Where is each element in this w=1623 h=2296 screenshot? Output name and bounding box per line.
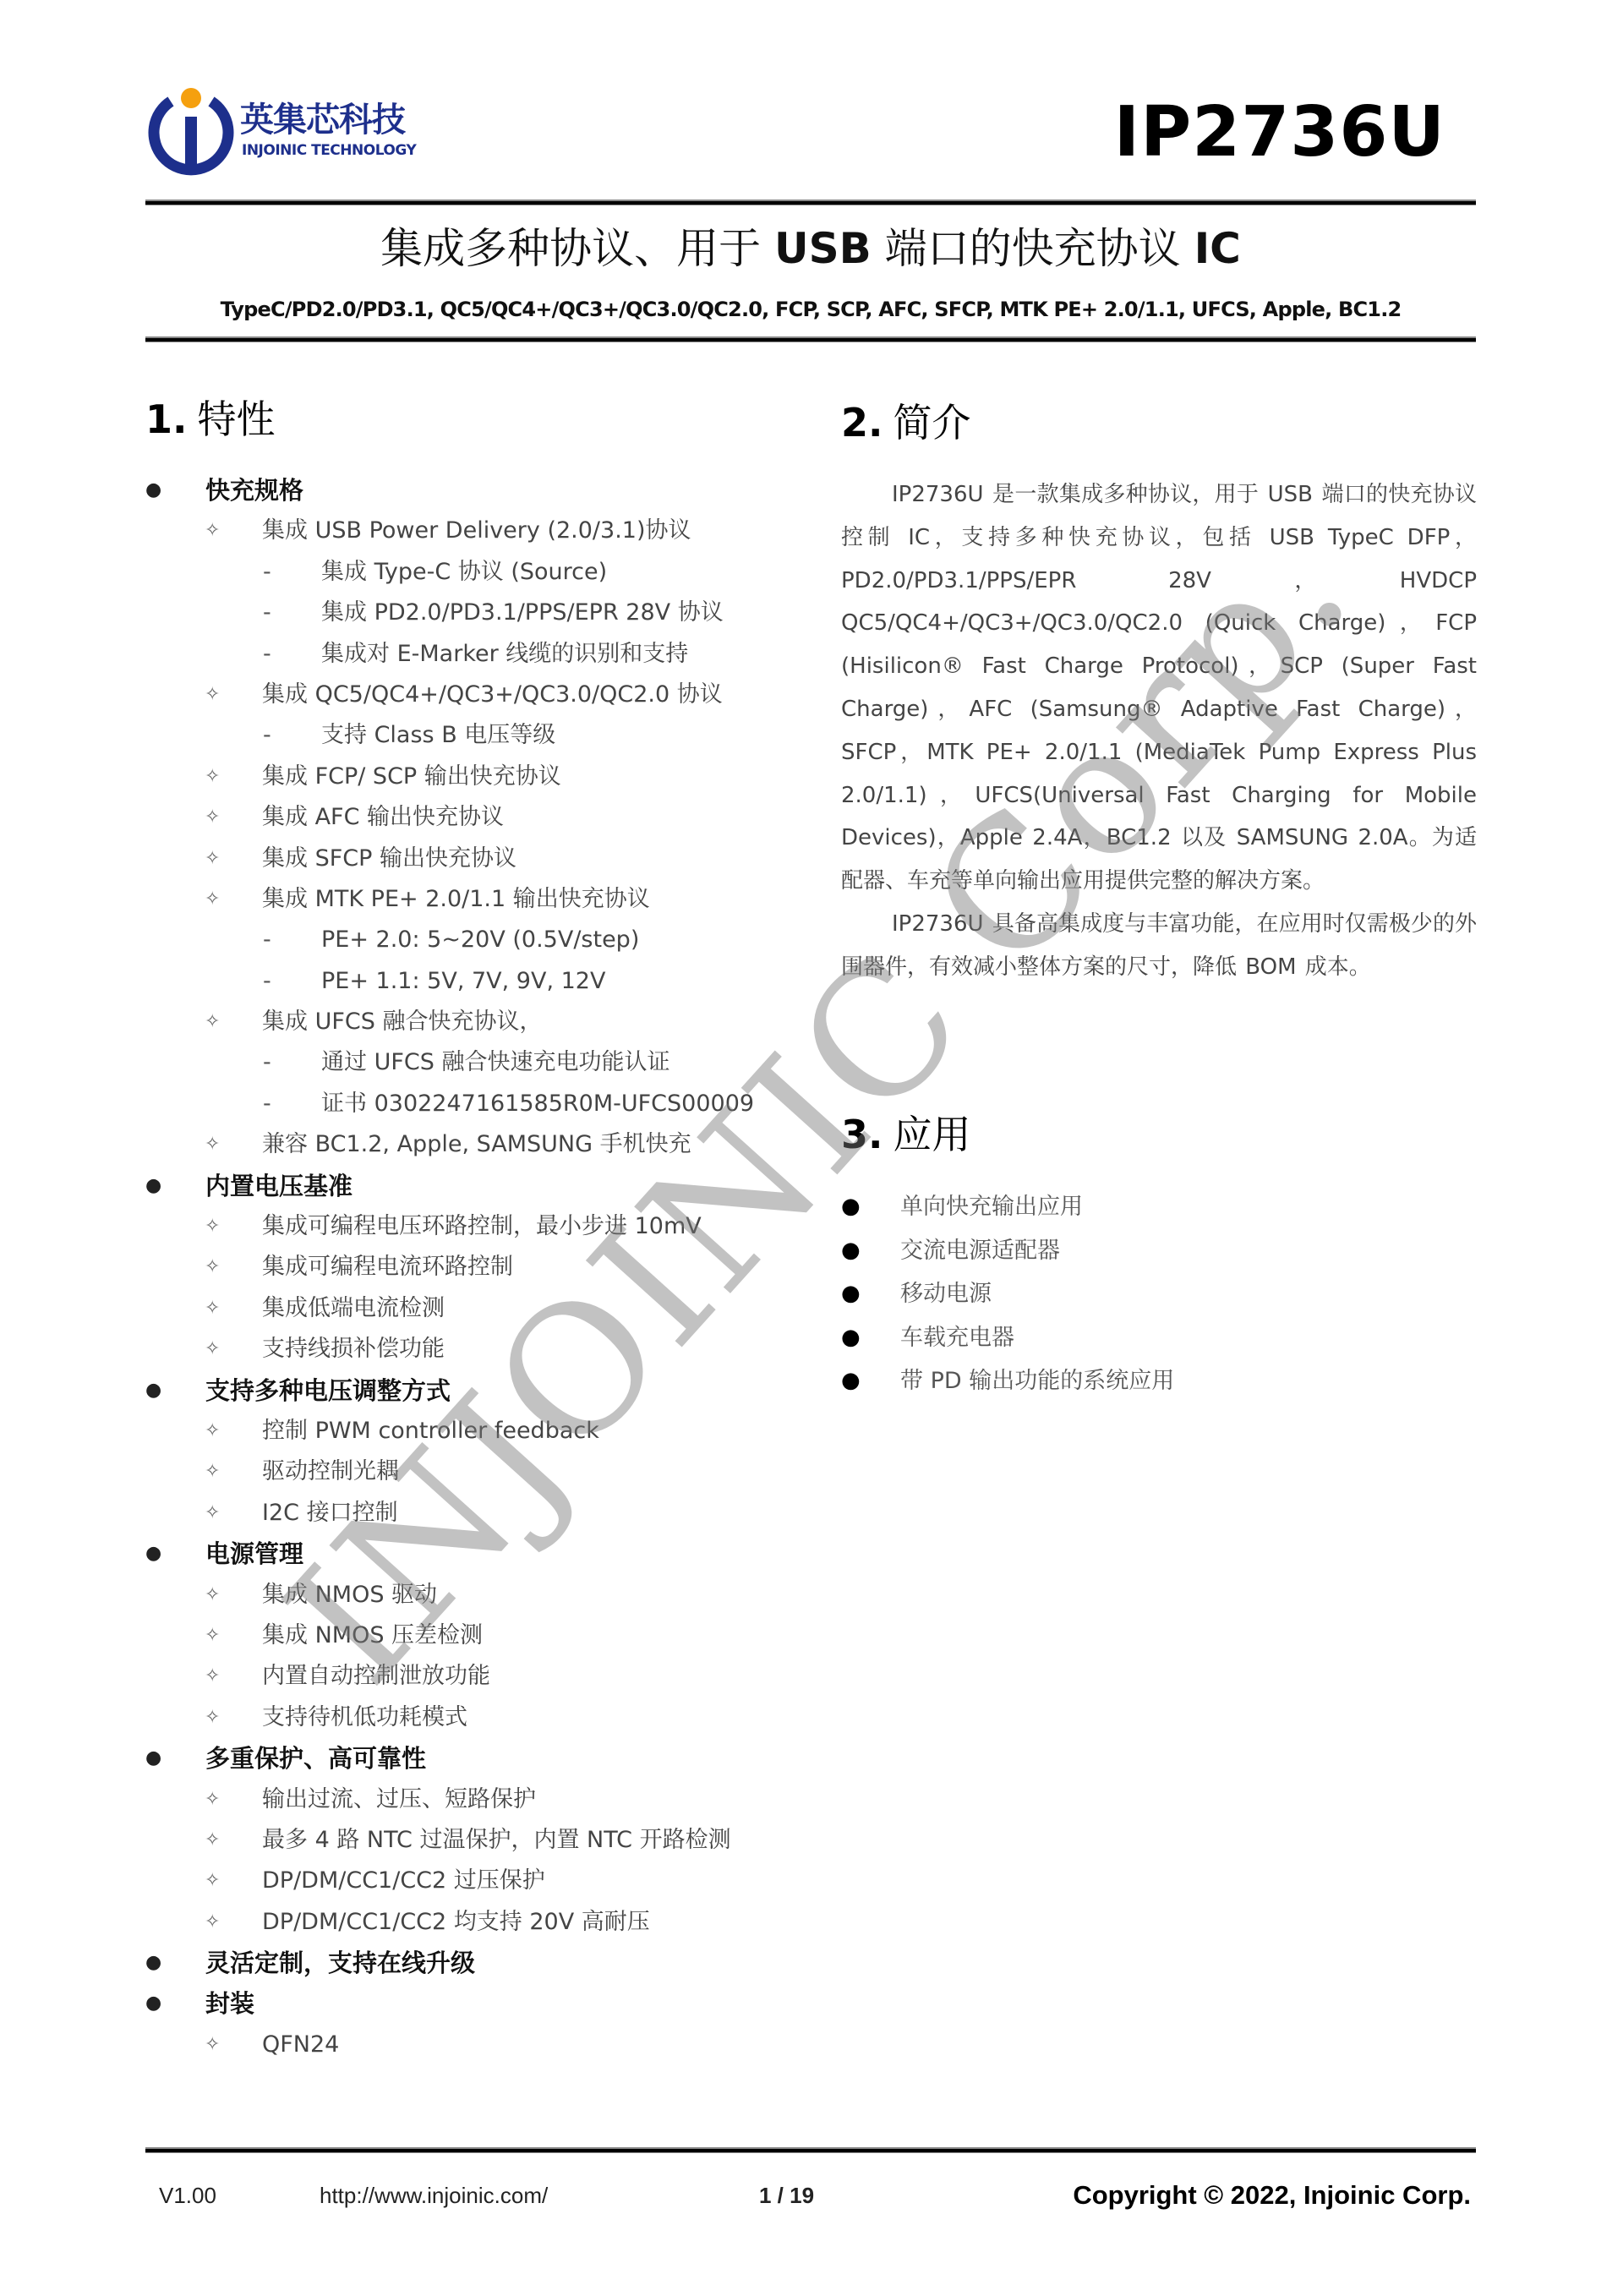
title-prefix: 集成多种协议、用于 xyxy=(380,224,774,273)
feature-group: ●封装 xyxy=(145,1983,822,2024)
title-usb: USB xyxy=(774,224,872,273)
feature-group: ●电源管理 xyxy=(145,1533,822,1574)
feature-item: ✧QFN24 xyxy=(145,2025,822,2065)
dash-bullet-icon: - xyxy=(263,961,271,1002)
bullet-icon: ● xyxy=(841,1185,861,1229)
list-item: ●移动电源 xyxy=(841,1272,1477,1316)
bullet-icon: ● xyxy=(145,1983,161,2024)
feature-item: ✧内置自动控制泄放功能 xyxy=(145,1656,822,1697)
diamond-bullet-icon: ✧ xyxy=(205,1575,220,1615)
feature-text: 电源管理 xyxy=(205,1539,303,1568)
company-logo: 英集芯科技 INJOINIC TECHNOLOGY xyxy=(145,83,467,176)
feature-item: ✧DP/DM/CC1/CC2 过压保护 xyxy=(145,1861,822,1901)
bullet-icon: ● xyxy=(841,1272,861,1316)
intro-paragraph: IP2736U 具备高集成度与丰富功能，在应用时仅需极少的外围器件，有效减小整体… xyxy=(841,903,1477,989)
injoinic-logo-icon xyxy=(145,83,237,176)
feature-subitem: -支持 Class B 电压等级 xyxy=(145,715,822,756)
footer-version: V1.00 xyxy=(159,2181,216,2210)
feature-item: ✧集成 USB Power Delivery (2.0/3.1)协议 xyxy=(145,511,822,551)
diamond-bullet-icon: ✧ xyxy=(205,1902,220,1943)
feature-item: ✧控制 PWM controller feedback xyxy=(145,1411,822,1451)
feature-group: ●多重保护、高可靠性 xyxy=(145,1738,822,1779)
list-item: ●交流电源适配器 xyxy=(841,1229,1477,1273)
feature-text: 集成 SFCP 输出快充协议 xyxy=(262,845,516,872)
section-number: 1. xyxy=(145,396,187,442)
feature-text: 集成 USB Power Delivery (2.0/3.1)协议 xyxy=(262,517,691,544)
intro-paragraph: IP2736U 是一款集成多种协议，用于 USB 端口的快充协议控制 IC，支持… xyxy=(841,473,1477,903)
feature-text: 集成 UFCS 融合快充协议， xyxy=(262,1009,542,1035)
feature-item: ✧最多 4 路 NTC 过温保护，内置 NTC 开路检测 xyxy=(145,1820,822,1861)
feature-item: ✧集成 NMOS 压差检测 xyxy=(145,1615,822,1656)
diamond-bullet-icon: ✧ xyxy=(205,1124,220,1165)
diamond-bullet-icon: ✧ xyxy=(205,1451,220,1492)
feature-text: 多重保护、高可靠性 xyxy=(205,1744,426,1773)
logo-english-name: INJOINIC TECHNOLOGY xyxy=(242,142,416,159)
diamond-bullet-icon: ✧ xyxy=(205,1861,220,1901)
feature-text: 集成 MTK PE+ 2.0/1.1 输出快充协议 xyxy=(262,886,650,912)
diamond-bullet-icon: ✧ xyxy=(205,839,220,879)
feature-text: PE+ 1.1: 5V, 7V, 9V, 12V xyxy=(321,968,605,994)
bullet-icon: ● xyxy=(145,1370,161,1411)
list-item: ●单向快充输出应用 xyxy=(841,1185,1477,1229)
bullet-icon: ● xyxy=(145,1943,161,1983)
feature-text: 快充规格 xyxy=(205,476,303,505)
diamond-bullet-icon: ✧ xyxy=(205,1656,220,1697)
protocol-list: TypeC/PD2.0/PD3.1, QC5/QC4+/QC3+/QC3.0/Q… xyxy=(145,296,1476,323)
feature-text: I2C 接口控制 xyxy=(262,1500,398,1526)
diamond-bullet-icon: ✧ xyxy=(205,1697,220,1738)
diamond-bullet-icon: ✧ xyxy=(205,797,220,838)
dash-bullet-icon: - xyxy=(263,634,271,675)
feature-text: 集成 Type-C 协议 (Source) xyxy=(321,559,607,585)
feature-group: ●快充规格 xyxy=(145,470,822,511)
footer-copyright: Copyright © 2022, Injoinic Corp. xyxy=(1073,2181,1471,2210)
feature-subitem: -证书 0302247161585R0M-UFCS00009 xyxy=(145,1084,822,1124)
title-ic: IC xyxy=(1194,224,1241,273)
feature-text: 集成 FCP/ SCP 输出快充协议 xyxy=(262,763,561,790)
feature-item: ✧集成 AFC 输出快充协议 xyxy=(145,797,822,838)
header-rule-top xyxy=(145,200,1476,205)
feature-text: 驱动控制光耦 xyxy=(262,1458,399,1484)
feature-text: PE+ 2.0: 5~20V (0.5V/step) xyxy=(321,927,639,953)
feature-text: 集成 NMOS 驱动 xyxy=(262,1582,437,1608)
diamond-bullet-icon: ✧ xyxy=(205,1820,220,1861)
logo-chinese-name: 英集芯科技 xyxy=(240,101,405,139)
feature-subitem: -集成 Type-C 协议 (Source) xyxy=(145,552,822,593)
feature-subitem: -集成对 E-Marker 线缆的识别和支持 xyxy=(145,634,822,675)
diamond-bullet-icon: ✧ xyxy=(205,757,220,797)
feature-text: 集成低端电流检测 xyxy=(262,1295,445,1321)
feature-subitem: -集成 PD2.0/PD3.1/PPS/EPR 28V 协议 xyxy=(145,593,822,633)
feature-item: ✧集成可编程电流环路控制 xyxy=(145,1247,822,1287)
document-title: 集成多种协议、用于 USB 端口的快充协议 IC xyxy=(145,221,1476,276)
section-title: 简介 xyxy=(893,400,970,446)
feature-text: DP/DM/CC1/CC2 过压保护 xyxy=(262,1867,545,1894)
list-item: ●车载充电器 xyxy=(841,1316,1477,1360)
feature-text: QFN24 xyxy=(262,2031,339,2058)
applications-list: ●单向快充输出应用 ●交流电源适配器 ●移动电源 ●车载充电器 ●带 PD 输出… xyxy=(841,1185,1477,1403)
feature-item: ✧DP/DM/CC1/CC2 均支持 20V 高耐压 xyxy=(145,1902,822,1943)
feature-text: 集成对 E-Marker 线缆的识别和支持 xyxy=(321,641,688,667)
feature-group: ●支持多种电压调整方式 xyxy=(145,1370,822,1411)
bullet-icon: ● xyxy=(841,1229,861,1273)
bullet-icon: ● xyxy=(145,470,161,511)
feature-group: ●内置电压基准 xyxy=(145,1166,822,1206)
feature-text: 最多 4 路 NTC 过温保护，内置 NTC 开路检测 xyxy=(262,1827,731,1853)
dash-bullet-icon: - xyxy=(263,552,271,593)
feature-item: ✧集成 QC5/QC4+/QC3+/QC3.0/QC2.0 协议 xyxy=(145,675,822,715)
feature-group: ●灵活定制，支持在线升级 xyxy=(145,1943,822,1983)
feature-text: 灵活定制，支持在线升级 xyxy=(205,1949,475,1977)
feature-text: 集成 AFC 输出快充协议 xyxy=(262,804,504,830)
feature-text: 集成 NMOS 压差检测 xyxy=(262,1622,483,1648)
dash-bullet-icon: - xyxy=(263,715,271,756)
dash-bullet-icon: - xyxy=(263,593,271,633)
bullet-icon: ● xyxy=(145,1738,161,1779)
header-rule-bottom xyxy=(145,336,1476,342)
section-title: 应用 xyxy=(893,1112,970,1157)
feature-text: 支持线损补偿功能 xyxy=(262,1336,445,1362)
diamond-bullet-icon: ✧ xyxy=(205,879,220,920)
feature-item: ✧集成 SFCP 输出快充协议 xyxy=(145,839,822,879)
feature-text: 兼容 BC1.2, Apple, SAMSUNG 手机快充 xyxy=(262,1131,691,1157)
feature-text: 证书 0302247161585R0M-UFCS00009 xyxy=(321,1091,754,1117)
feature-text: 集成 PD2.0/PD3.1/PPS/EPR 28V 协议 xyxy=(321,599,724,626)
diamond-bullet-icon: ✧ xyxy=(205,511,220,551)
section-applications-heading: 3.应用 xyxy=(841,1109,970,1160)
feature-item: ✧集成低端电流检测 xyxy=(145,1288,822,1329)
feature-subitem: -PE+ 1.1: 5V, 7V, 9V, 12V xyxy=(145,961,822,1002)
bullet-icon: ● xyxy=(145,1533,161,1574)
diamond-bullet-icon: ✧ xyxy=(205,1411,220,1451)
list-item: ●带 PD 输出功能的系统应用 xyxy=(841,1359,1477,1403)
features-list: ●快充规格✧集成 USB Power Delivery (2.0/3.1)协议-… xyxy=(145,470,822,2065)
feature-item: ✧集成 FCP/ SCP 输出快充协议 xyxy=(145,757,822,797)
product-model: IP2736U xyxy=(1114,95,1445,171)
section-title: 特性 xyxy=(197,396,275,442)
feature-text: 内置自动控制泄放功能 xyxy=(262,1663,490,1689)
feature-item: ✧集成可编程电压环路控制，最小步进 10mV xyxy=(145,1206,822,1247)
feature-text: 封装 xyxy=(205,1989,254,2018)
feature-item: ✧支持待机低功耗模式 xyxy=(145,1697,822,1738)
feature-text: 集成可编程电压环路控制，最小步进 10mV xyxy=(262,1213,702,1239)
diamond-bullet-icon: ✧ xyxy=(205,1002,220,1042)
footer-rule xyxy=(145,2147,1476,2153)
title-mid: 端口的快充协议 xyxy=(872,224,1194,273)
section-number: 3. xyxy=(841,1112,883,1157)
feature-text: 支持 Class B 电压等级 xyxy=(321,722,555,748)
feature-text: 通过 UFCS 融合快速充电功能认证 xyxy=(321,1049,669,1075)
feature-text: 控制 PWM controller feedback xyxy=(262,1418,599,1444)
feature-item: ✧兼容 BC1.2, Apple, SAMSUNG 手机快充 xyxy=(145,1124,822,1165)
feature-text: 输出过流、过压、短路保护 xyxy=(262,1786,536,1812)
bullet-icon: ● xyxy=(841,1316,861,1360)
diamond-bullet-icon: ✧ xyxy=(205,1615,220,1656)
feature-item: ✧集成 NMOS 驱动 xyxy=(145,1575,822,1615)
footer-page-number: 1 / 19 xyxy=(759,2181,814,2210)
feature-item: ✧集成 MTK PE+ 2.0/1.1 输出快充协议 xyxy=(145,879,822,920)
dash-bullet-icon: - xyxy=(263,920,271,960)
feature-text: 支持待机低功耗模式 xyxy=(262,1704,467,1730)
footer-website-link[interactable]: http://www.injoinic.com/ xyxy=(320,2181,548,2210)
feature-text: 集成 QC5/QC4+/QC3+/QC3.0/QC2.0 协议 xyxy=(262,681,723,708)
feature-text: 内置电压基准 xyxy=(205,1172,352,1200)
feature-item: ✧支持线损补偿功能 xyxy=(145,1329,822,1369)
diamond-bullet-icon: ✧ xyxy=(205,1206,220,1247)
diamond-bullet-icon: ✧ xyxy=(205,1247,220,1287)
feature-text: DP/DM/CC1/CC2 均支持 20V 高耐压 xyxy=(262,1909,650,1935)
section-features-heading: 1.特性 xyxy=(145,394,275,445)
feature-item: ✧I2C 接口控制 xyxy=(145,1493,822,1533)
section-intro-heading: 2.简介 xyxy=(841,397,970,448)
dash-bullet-icon: - xyxy=(263,1084,271,1124)
feature-item: ✧集成 UFCS 融合快充协议， xyxy=(145,1002,822,1042)
feature-subitem: -PE+ 2.0: 5~20V (0.5V/step) xyxy=(145,920,822,960)
feature-text: 集成可编程电流环路控制 xyxy=(262,1254,513,1280)
diamond-bullet-icon: ✧ xyxy=(205,1288,220,1329)
diamond-bullet-icon: ✧ xyxy=(205,1779,220,1820)
section-number: 2. xyxy=(841,400,883,446)
diamond-bullet-icon: ✧ xyxy=(205,1329,220,1369)
diamond-bullet-icon: ✧ xyxy=(205,1493,220,1533)
bullet-icon: ● xyxy=(145,1166,161,1206)
feature-item: ✧驱动控制光耦 xyxy=(145,1451,822,1492)
bullet-icon: ● xyxy=(841,1359,861,1403)
feature-item: ✧输出过流、过压、短路保护 xyxy=(145,1779,822,1820)
feature-text: 支持多种电压调整方式 xyxy=(205,1376,451,1405)
feature-subitem: -通过 UFCS 融合快速充电功能认证 xyxy=(145,1042,822,1083)
diamond-bullet-icon: ✧ xyxy=(205,675,220,715)
diamond-bullet-icon: ✧ xyxy=(205,2025,220,2065)
intro-body: IP2736U 是一款集成多种协议，用于 USB 端口的快充协议控制 IC，支持… xyxy=(841,473,1477,989)
dash-bullet-icon: - xyxy=(263,1042,271,1083)
